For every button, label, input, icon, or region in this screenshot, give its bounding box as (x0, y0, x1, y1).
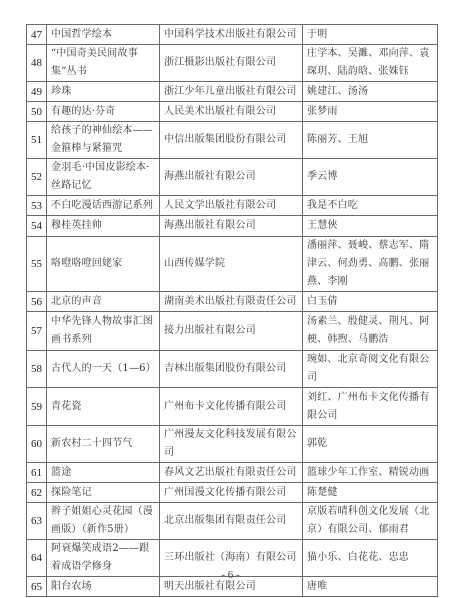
author-cell: 琬如、北京奇阅文化有限公司 (303, 351, 438, 388)
title-cell: 探险笔记 (47, 483, 160, 503)
publisher-text: 北京出版集团有限责任公司 (164, 512, 302, 530)
title-cell: 给孩子的神仙绘本——金箍棒与紧箍咒 (47, 122, 160, 159)
publisher-cell: 广州布卡文化传播有限公司 (160, 388, 303, 426)
table-body: 47中国哲学绘本中国科学技术出版社有限公司于明48“中国奇美民间故事集”丛书浙江… (27, 25, 438, 597)
row-number-cell: 58 (27, 351, 47, 388)
row-number-cell: 59 (27, 388, 47, 426)
author-text: 郭乾 (307, 435, 437, 453)
publisher-text: 人民美术出版社有限公司 (164, 103, 302, 121)
table-row: 57中华先锋人物故事汇图画书系列接力出版社有限公司汤素兰、殷健灵、荆凡、阿梗、韩… (27, 312, 438, 351)
table-row: 62探险笔记广州国漫文化传播有限公司陈楚健 (27, 483, 438, 503)
publisher-text: 山西传媒学院 (164, 255, 302, 273)
row-number-text: 48 (27, 54, 46, 72)
author-text: 庄学本、吴濉、邓向萍、袁琛玥、陆韵晗、张姝钰 (307, 45, 437, 81)
publisher-text: 海燕出版社有限公司 (164, 217, 302, 235)
row-number-text: 61 (27, 464, 46, 482)
row-number-text: 53 (27, 197, 46, 215)
row-number-cell: 57 (27, 312, 47, 351)
publisher-cell: 浙江少年儿童出版社有限公司 (160, 82, 303, 102)
title-text: 咯噔咯噔回姥家 (51, 255, 159, 273)
author-cell: 于明 (303, 25, 438, 45)
table-row: 59青花瓷广州布卡文化传播有限公司刘红、广州布卡文化传播有限公司 (27, 388, 438, 426)
author-text: 张梦雨 (307, 103, 437, 121)
row-number-text: 54 (27, 217, 46, 235)
author-cell: 京版若晴科创文化发展（北京）有限公司、郁雨君 (303, 503, 438, 540)
title-text: 古代人的一天（1—6） (51, 360, 159, 378)
row-number-cell: 52 (27, 159, 47, 196)
author-cell: 潘丽萍、聂峻、蔡志军、隋津云、何劲勇、高鹏、张丽燕、李刚 (303, 237, 438, 292)
publisher-cell: 北京出版集团有限责任公司 (160, 503, 303, 540)
publisher-cell: 人民美术出版社有限公司 (160, 102, 303, 122)
table-row: 48“中国奇美民间故事集”丛书浙江摄影出版社有限公司庄学本、吴濉、邓向萍、袁琛玥… (27, 45, 438, 82)
row-number-cell: 62 (27, 483, 47, 503)
publisher-text: 广州漫友文化科技发展有限公司 (164, 426, 302, 462)
publisher-cell: 浙江摄影出版社有限公司 (160, 45, 303, 82)
author-text: 刘红、广州布卡文化传播有限公司 (307, 389, 437, 425)
row-number-text: 51 (27, 131, 46, 149)
author-text: 琬如、北京奇阅文化有限公司 (307, 351, 437, 387)
author-cell: 刘红、广州布卡文化传播有限公司 (303, 388, 438, 426)
author-cell: 季云博 (303, 159, 438, 196)
publisher-cell: 海燕出版社有限公司 (160, 216, 303, 237)
row-number-text: 64 (27, 549, 46, 567)
publisher-text: 浙江摄影出版社有限公司 (164, 54, 302, 72)
publisher-text: 中信出版集团股份有限公司 (164, 131, 302, 149)
publisher-text: 广州国漫文化传播有限公司 (164, 484, 302, 502)
row-number-cell: 61 (27, 463, 47, 483)
page-number: - 6 - (0, 569, 461, 581)
row-number-cell: 55 (27, 237, 47, 292)
publisher-cell: 湖南美术出版社有限责任公司 (160, 292, 303, 312)
title-cell: 有趣的达·芬奇 (47, 102, 160, 122)
publisher-cell: 海燕出版社有限公司 (160, 159, 303, 196)
table-row: 58古代人的一天（1—6）吉林出版集团股份有限公司琬如、北京奇阅文化有限公司 (27, 351, 438, 388)
title-cell: 珍珠 (47, 82, 160, 102)
publisher-text: 中国科学技术出版社有限公司 (164, 26, 302, 44)
author-cell: 陈丽芳、王旭 (303, 122, 438, 159)
title-text: 探险笔记 (51, 484, 159, 502)
title-text: “中国奇美民间故事集”丛书 (51, 45, 159, 81)
publisher-text: 海燕出版社有限公司 (164, 168, 302, 186)
row-number-text: 50 (27, 103, 46, 121)
publisher-cell: 吉林出版集团股份有限公司 (160, 351, 303, 388)
title-cell: 篮途 (47, 463, 160, 483)
row-number-text: 49 (27, 83, 46, 101)
row-number-cell: 60 (27, 426, 47, 463)
title-text: 珍珠 (51, 83, 159, 101)
row-number-text: 57 (27, 322, 46, 340)
row-number-cell: 54 (27, 216, 47, 237)
row-number-cell: 56 (27, 292, 47, 312)
title-cell: 青花瓷 (47, 388, 160, 426)
publisher-text: 浙江少年儿童出版社有限公司 (164, 83, 302, 101)
author-text: 我是不白吃 (307, 197, 437, 215)
row-number-cell: 50 (27, 102, 47, 122)
author-cell: 篮球少年工作室、精锐动画 (303, 463, 438, 483)
title-text: 中国哲学绘本 (51, 26, 159, 44)
author-cell: 我是不白吃 (303, 196, 438, 216)
publisher-text: 人民文学出版社有限公司 (164, 197, 302, 215)
title-text: 给孩子的神仙绘本——金箍棒与紧箍咒 (51, 122, 159, 158)
table-row: 51给孩子的神仙绘本——金箍棒与紧箍咒中信出版集团股份有限公司陈丽芳、王旭 (27, 122, 438, 159)
author-text: 陈楚健 (307, 484, 437, 502)
author-cell: 汤素兰、殷健灵、荆凡、阿梗、韩煦、马鹏浩 (303, 312, 438, 351)
table-row: 56北京的声音湖南美术出版社有限责任公司白玉倩 (27, 292, 438, 312)
row-number-text: 63 (27, 512, 46, 530)
title-text: 不白吃漫话西游记系列 (51, 197, 159, 215)
author-text: 潘丽萍、聂峻、蔡志军、隋津云、何劲勇、高鹏、张丽燕、李刚 (307, 237, 437, 291)
author-cell: 姚建江、汤汤 (303, 82, 438, 102)
publisher-cell: 山西传媒学院 (160, 237, 303, 292)
title-cell: 辫子姐姐心灵花园（漫画版）（新作5册） (47, 503, 160, 540)
row-number-text: 60 (27, 435, 46, 453)
row-number-cell: 53 (27, 196, 47, 216)
title-cell: 不白吃漫话西游记系列 (47, 196, 160, 216)
title-text: 新农村二十四节气 (51, 435, 159, 453)
publisher-text: 吉林出版集团股份有限公司 (164, 360, 302, 378)
row-number-cell: 51 (27, 122, 47, 159)
publisher-cell: 广州国漫文化传播有限公司 (160, 483, 303, 503)
title-text: 篮途 (51, 464, 159, 482)
publisher-text: 广州布卡文化传播有限公司 (164, 398, 302, 416)
title-cell: 中华先锋人物故事汇图画书系列 (47, 312, 160, 351)
title-cell: 北京的声音 (47, 292, 160, 312)
author-text: 篮球少年工作室、精锐动画 (307, 464, 437, 482)
row-number-cell: 49 (27, 82, 47, 102)
author-cell: 张梦雨 (303, 102, 438, 122)
table-row: 54穆桂英挂帅海燕出版社有限公司王慧俠 (27, 216, 438, 237)
title-text: 北京的声音 (51, 293, 159, 311)
title-text: 有趣的达·芬奇 (51, 103, 159, 121)
author-text: 陈丽芳、王旭 (307, 131, 437, 149)
publisher-cell: 春风文艺出版社有限责任公司 (160, 463, 303, 483)
row-number-cell: 48 (27, 45, 47, 82)
award-list-table: 47中国哲学绘本中国科学技术出版社有限公司于明48“中国奇美民间故事集”丛书浙江… (26, 24, 438, 597)
author-cell: 郭乾 (303, 426, 438, 463)
publisher-text: 接力出版社有限公司 (164, 322, 302, 340)
table-row: 55咯噔咯噔回姥家山西传媒学院潘丽萍、聂峻、蔡志军、隋津云、何劲勇、高鹏、张丽燕… (27, 237, 438, 292)
title-cell: “中国奇美民间故事集”丛书 (47, 45, 160, 82)
title-cell: 中国哲学绘本 (47, 25, 160, 45)
row-number-text: 55 (27, 255, 46, 273)
row-number-text: 47 (27, 26, 46, 44)
table-row: 47中国哲学绘本中国科学技术出版社有限公司于明 (27, 25, 438, 45)
table-row: 60新农村二十四节气广州漫友文化科技发展有限公司郭乾 (27, 426, 438, 463)
author-cell: 陈楚健 (303, 483, 438, 503)
publisher-cell: 接力出版社有限公司 (160, 312, 303, 351)
table-row: 52金羽毛·中国皮影绘本·丝路记忆海燕出版社有限公司季云博 (27, 159, 438, 196)
author-text: 京版若晴科创文化发展（北京）有限公司、郁雨君 (307, 503, 437, 539)
author-text: 姚建江、汤汤 (307, 83, 437, 101)
table-row: 50有趣的达·芬奇人民美术出版社有限公司张梦雨 (27, 102, 438, 122)
author-text: 于明 (307, 26, 437, 44)
table-row: 53不白吃漫话西游记系列人民文学出版社有限公司我是不白吃 (27, 196, 438, 216)
title-text: 金羽毛·中国皮影绘本·丝路记忆 (51, 159, 159, 195)
row-number-text: 56 (27, 293, 46, 311)
author-text: 白玉倩 (307, 293, 437, 311)
publisher-cell: 广州漫友文化科技发展有限公司 (160, 426, 303, 463)
row-number-cell: 63 (27, 503, 47, 540)
title-cell: 咯噔咯噔回姥家 (47, 237, 160, 292)
author-cell: 庄学本、吴濉、邓向萍、袁琛玥、陆韵晗、张姝钰 (303, 45, 438, 82)
table-row: 49珍珠浙江少年儿童出版社有限公司姚建江、汤汤 (27, 82, 438, 102)
row-number-text: 58 (27, 360, 46, 378)
document-page: 47中国哲学绘本中国科学技术出版社有限公司于明48“中国奇美民间故事集”丛书浙江… (0, 0, 461, 598)
publisher-text: 三环出版社（海南）有限公司 (164, 549, 302, 567)
publisher-text: 湖南美术出版社有限责任公司 (164, 293, 302, 311)
row-number-text: 62 (27, 484, 46, 502)
publisher-cell: 中信出版集团股份有限公司 (160, 122, 303, 159)
title-text: 中华先锋人物故事汇图画书系列 (51, 313, 159, 349)
row-number-text: 52 (27, 168, 46, 186)
author-text: 汤素兰、殷健灵、荆凡、阿梗、韩煦、马鹏浩 (307, 313, 437, 349)
title-cell: 新农村二十四节气 (47, 426, 160, 463)
author-text: 季云博 (307, 168, 437, 186)
title-cell: 古代人的一天（1—6） (47, 351, 160, 388)
title-cell: 穆桂英挂帅 (47, 216, 160, 237)
title-cell: 金羽毛·中国皮影绘本·丝路记忆 (47, 159, 160, 196)
title-text: 穆桂英挂帅 (51, 217, 159, 235)
publisher-text: 春风文艺出版社有限责任公司 (164, 464, 302, 482)
row-number-text: 59 (27, 398, 46, 416)
publisher-cell: 人民文学出版社有限公司 (160, 196, 303, 216)
table-row: 61篮途春风文艺出版社有限责任公司篮球少年工作室、精锐动画 (27, 463, 438, 483)
publisher-cell: 中国科学技术出版社有限公司 (160, 25, 303, 45)
row-number-cell: 47 (27, 25, 47, 45)
author-cell: 王慧俠 (303, 216, 438, 237)
title-text: 青花瓷 (51, 398, 159, 416)
table-row: 63辫子姐姐心灵花园（漫画版）（新作5册）北京出版集团有限责任公司京版若晴科创文… (27, 503, 438, 540)
author-text: 猫小乐、白花花、忠忠 (307, 549, 437, 567)
title-text: 辫子姐姐心灵花园（漫画版）（新作5册） (51, 503, 159, 539)
author-cell: 白玉倩 (303, 292, 438, 312)
author-text: 王慧俠 (307, 217, 437, 235)
